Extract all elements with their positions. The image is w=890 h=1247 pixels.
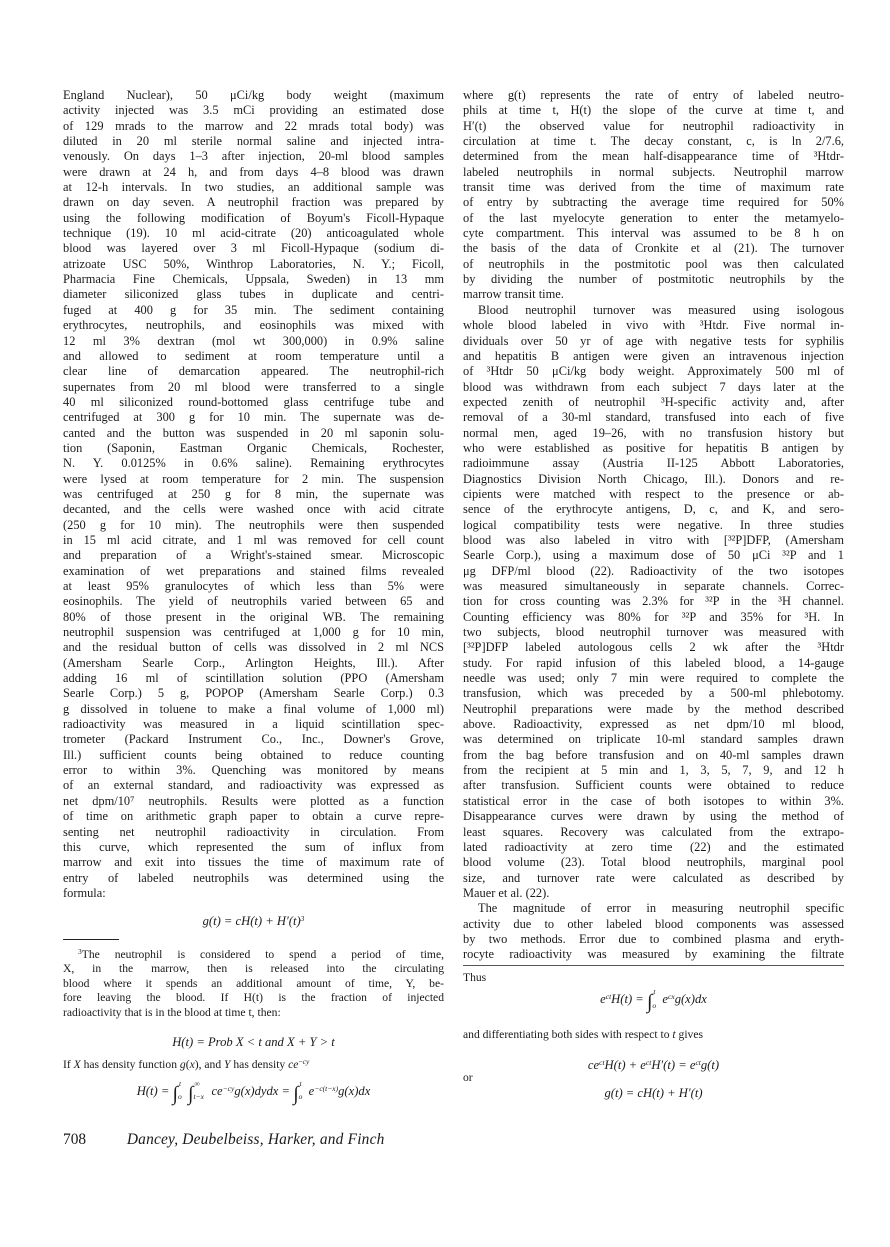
text-line: activity due to other labeled blood comp… xyxy=(463,917,844,932)
text-line: Diagnostics Division North Chicago, Ill.… xyxy=(463,472,844,487)
text-line: error to within 3%. Quenching was monito… xyxy=(63,763,444,778)
text-line: was determined on triplicate 10-ml stand… xyxy=(463,732,844,747)
text-line: size, and turnover rate were calculated … xyxy=(463,871,844,886)
text-line: whole blood labeled in vivo with ³Htdr. … xyxy=(463,318,844,333)
text-line: of entry by subtracting the average time… xyxy=(463,195,844,210)
text-line: was centrifuged at 250 g for 8 min, the … xyxy=(63,487,444,502)
text-line: rocyte radioactivity was measured by exa… xyxy=(463,947,844,962)
density-line: If X has density function g(x), and Y ha… xyxy=(63,1058,444,1073)
page-number: 708 xyxy=(63,1131,123,1149)
text-line: senting net neutrophil radioactivity in … xyxy=(63,825,444,840)
text-line: of neutrophils in the postmitotic pool w… xyxy=(463,257,844,272)
left-column: England Nuclear), 50 μCi/kg body weight … xyxy=(63,88,444,1101)
text-line: radioactivity that is in the blood at ti… xyxy=(63,1006,444,1021)
text-line: expected zenith of neutrophil ³H-specifi… xyxy=(463,395,844,410)
text-line: radioactivity was measured in a liquid s… xyxy=(63,717,444,732)
equation-probability: H(t) = Prob X < t and X + Y > t xyxy=(63,1035,444,1050)
text-line: and preparation of a Wright's-stained sm… xyxy=(63,548,444,563)
text-line: study. For rapid infusion of this labele… xyxy=(463,656,844,671)
text-line: who were established as positive for hep… xyxy=(463,441,844,456)
text-line: radioimmune assay (Austria II-125 Abbott… xyxy=(463,456,844,471)
equation-ect-h: ectH(t) = ∫toecxg(x)dx xyxy=(463,991,844,1010)
text-line: centrifuged at 300 g for 10 min. The sup… xyxy=(63,410,444,425)
text-line: normal men, aged 19–26, with no transfus… xyxy=(463,426,844,441)
text-line: decanted, and the cells were washed once… xyxy=(63,502,444,517)
text-line: blood where it spends an additional amou… xyxy=(63,977,444,992)
text-line: 3The neutrophil is considered to spend a… xyxy=(63,948,444,963)
thus-label: Thus xyxy=(463,971,844,986)
text-line: examination of wet preparations and stai… xyxy=(63,564,444,579)
text-line: supernates from 20 ml blood were transfe… xyxy=(63,380,444,395)
text-line: removal of a 30-ml standard, transfused … xyxy=(463,410,844,425)
footnote-ref-3[interactable]: 3 xyxy=(301,914,305,923)
text-line: X, in the marrow, then is released into … xyxy=(63,962,444,977)
text-line: by dividing the number of postmitotic ne… xyxy=(463,272,844,287)
text-line: 40 ml siliconized round-bottomed glass c… xyxy=(63,395,444,410)
text-line: adding 16 ml of scintillation solution (… xyxy=(63,671,444,686)
text-line: at 12-h intervals. In two studies, an ad… xyxy=(63,180,444,195)
text-line: cyte compartment. This interval was assu… xyxy=(463,226,844,241)
text-line: was measured simultaneously in separate … xyxy=(463,579,844,594)
text-line: formula: xyxy=(63,886,444,901)
text-line: Disappearance curves were drawn by using… xyxy=(463,809,844,824)
text-line: least squares. Recovery was calculated f… xyxy=(463,825,844,840)
text-line: using the following modification of Boyu… xyxy=(63,211,444,226)
text-line: Pharmacia Fine Chemicals, Uppsala, Swede… xyxy=(63,272,444,287)
text-line: Neutrophil preparations were made by the… xyxy=(463,702,844,717)
right-paragraph-3: The magnitude of error in measuring neut… xyxy=(463,901,844,962)
text-line: fore leaving the blood. If H(t) is the f… xyxy=(63,991,444,1006)
text-line: statistical error in the case of both is… xyxy=(463,794,844,809)
text-line: labeled neutrophils in normal subjects. … xyxy=(463,165,844,180)
column-rule xyxy=(463,965,844,966)
equation-text: g(t) = cH(t) + H′(t) xyxy=(203,914,301,928)
text-line: transit time was derived from the time o… xyxy=(463,180,844,195)
footnote-3: 3The neutrophil is considered to spend a… xyxy=(63,948,444,1102)
equation-result: g(t) = cH(t) + H′(t) xyxy=(463,1086,844,1101)
text-line: (Amersham Searle Corp., Arlington Height… xyxy=(63,656,444,671)
text-line: the basis of the data of Cronkite et al … xyxy=(463,241,844,256)
text-line: were lysed at room temperature for 2 min… xyxy=(63,472,444,487)
text-line: atrizoate USC 50%, Winthrop Laboratories… xyxy=(63,257,444,272)
footnote-lines: 3The neutrophil is considered to spend a… xyxy=(63,948,444,1021)
right-column: where g(t) represents the rate of entry … xyxy=(463,88,844,1100)
text-line: and hepatitis B antigen were given an in… xyxy=(463,349,844,364)
text-line: trometer (Packard Instrument Co., Inc., … xyxy=(63,732,444,747)
text-line: of the last myelocyte generation to ente… xyxy=(463,211,844,226)
text-line: marrow and exit into tissues the time of… xyxy=(63,855,444,870)
text-line: Blood neutrophil turnover was measured u… xyxy=(463,303,844,318)
text-line: venously. On days 1–3 after injection, 2… xyxy=(63,149,444,164)
text-line: 12 ml 3% dextran (mol wt 300,000) in 0.9… xyxy=(63,334,444,349)
text-line: lated radioactivity at zero time (22) an… xyxy=(463,840,844,855)
text-line: tion for cross counting was 2.3% for ³²P… xyxy=(463,594,844,609)
text-line: tion (Saponin, Eastman Organic Chemicals… xyxy=(63,441,444,456)
text-line: g dissolved in toluene to make a final v… xyxy=(63,702,444,717)
text-line: entry of labeled neutrophils was determi… xyxy=(63,871,444,886)
equation-integral-h: H(t) = ∫to∫∞t−xce−cyg(x)dydx = ∫toe−c(t−… xyxy=(63,1083,444,1102)
text-line: H′(t) the observed value for neutrophil … xyxy=(463,119,844,134)
text-line: this curve, which represented the sum of… xyxy=(63,840,444,855)
text-line: of ³Htdr 50 μCi/kg body weight. Approxim… xyxy=(463,364,844,379)
text-line: net dpm/10⁷ neutrophils. Results were pl… xyxy=(63,794,444,809)
text-line: drawn on day seven. A neutrophil fractio… xyxy=(63,195,444,210)
text-line: of time on arithmetic graph paper to obt… xyxy=(63,809,444,824)
text-line: blood was also labeled in vitro with [³²… xyxy=(463,533,844,548)
footnote-rule xyxy=(63,939,119,940)
text-line: N. Y. 0.0125% in 0.6% saline). Remaining… xyxy=(63,456,444,471)
running-authors: Dancey, Deubelbeiss, Harker, and Finch xyxy=(127,1131,385,1148)
text-line: from the bag before transfusion and on 4… xyxy=(463,748,844,763)
differentiating-line: and differentiating both sides with resp… xyxy=(463,1028,844,1043)
text-line: transfusion, which was preceded by a 500… xyxy=(463,686,844,701)
text-line: clear line of demarcation appeared. The … xyxy=(63,364,444,379)
text-line: marrow transit time. xyxy=(463,287,844,302)
text-line: in 15 ml acid citrate, and 1 ml was remo… xyxy=(63,533,444,548)
text-line: determined from the mean half-disappeara… xyxy=(463,149,844,164)
text-line: circulation at time t. The decay constan… xyxy=(463,134,844,149)
text-line: and allowed to sediment at room temperat… xyxy=(63,349,444,364)
text-line: phils at time t, H(t) the slope of the c… xyxy=(463,103,844,118)
text-line: diluted in 20 ml sterile normal saline a… xyxy=(63,134,444,149)
text-line: logical compatibility tests were negativ… xyxy=(463,518,844,533)
text-line: Ill.) sufficient counts being obtained t… xyxy=(63,748,444,763)
text-line: two subjects, blood neutrophil turnover … xyxy=(463,625,844,640)
text-line: blood volume (23). Total blood neutrophi… xyxy=(463,855,844,870)
equation-g-of-t: g(t) = cH(t) + H′(t)3 xyxy=(63,914,444,929)
text-line: canted and the button was suspended in 2… xyxy=(63,426,444,441)
text-line: needle was used; only 7 min were require… xyxy=(463,671,844,686)
text-line: diameter siliconized glass tubes in dupl… xyxy=(63,287,444,302)
text-line: [³²P]DFP labeled autologous cells 2 wk a… xyxy=(463,640,844,655)
right-paragraph-2: Blood neutrophil turnover was measured u… xyxy=(463,303,844,901)
text-line: cipients were matched with respect to th… xyxy=(463,487,844,502)
text-line: 80% of those present in the original WB.… xyxy=(63,610,444,625)
text-line: Searle Corp.) 5 g, POPOP (Amersham Searl… xyxy=(63,686,444,701)
text-line: dividuals over 50 yr of age with negativ… xyxy=(463,334,844,349)
text-line: at least 95% granulocytes of which less … xyxy=(63,579,444,594)
text-line: where g(t) represents the rate of entry … xyxy=(463,88,844,103)
text-line: after transfusion. Sufficient counts wer… xyxy=(463,778,844,793)
text-line: above. Radioactivity, expressed as net d… xyxy=(463,717,844,732)
text-line: μg DFP/ml blood (22). Radioactivity of t… xyxy=(463,564,844,579)
text-line: and the residual button of cells was dis… xyxy=(63,640,444,655)
text-line: by two methods. Error due to combined pl… xyxy=(463,932,844,947)
text-line: technique (19). 10 ml acid-citrate (20) … xyxy=(63,226,444,241)
text-line: Searle Corp.), using a maximum dose of 5… xyxy=(463,548,844,563)
text-line: England Nuclear), 50 μCi/kg body weight … xyxy=(63,88,444,103)
footnote-3-continued: Thus ectH(t) = ∫toecxg(x)dx and differen… xyxy=(463,971,844,1101)
text-line: blood was layered over 3 ml Ficoll-Hypaq… xyxy=(63,241,444,256)
text-line: Mauer et al. (22). xyxy=(463,886,844,901)
or-label: or xyxy=(463,1071,844,1086)
text-line: of an external standard, and radioactivi… xyxy=(63,778,444,793)
text-line: (250 g for 10 min). The neutrophils were… xyxy=(63,518,444,533)
text-line: neutrophil suspension was centrifuged at… xyxy=(63,625,444,640)
text-line: of 129 mrads to the marrow and 22 mrads … xyxy=(63,119,444,134)
text-line: sence of the erythrocyte antigens, D, c,… xyxy=(463,502,844,517)
text-line: activity injected was 3.5 mCi providing … xyxy=(63,103,444,118)
text-line: eosinophils. The yield of neutrophils va… xyxy=(63,594,444,609)
footnote-mark: 3 xyxy=(78,947,82,956)
text-line: from the recipient at 5 min and 1, 3, 5,… xyxy=(463,763,844,778)
text-line: erythrocytes, neutrophils, and eosinophi… xyxy=(63,318,444,333)
text-line: blood was withdrawn from each subject 7 … xyxy=(463,380,844,395)
text-line: Counting efficiency was 80% for ³²P and … xyxy=(463,610,844,625)
text-line: The magnitude of error in measuring neut… xyxy=(463,901,844,916)
left-paragraph-1: England Nuclear), 50 μCi/kg body weight … xyxy=(63,88,444,901)
page-footer: 708 Dancey, Deubelbeiss, Harker, and Fin… xyxy=(63,1131,385,1149)
right-paragraph-1: where g(t) represents the rate of entry … xyxy=(463,88,844,303)
text-line: fuged at 400 g for 35 min. The sediment … xyxy=(63,303,444,318)
text-line: were drawn at 24 h, and from days 4–8 bl… xyxy=(63,165,444,180)
